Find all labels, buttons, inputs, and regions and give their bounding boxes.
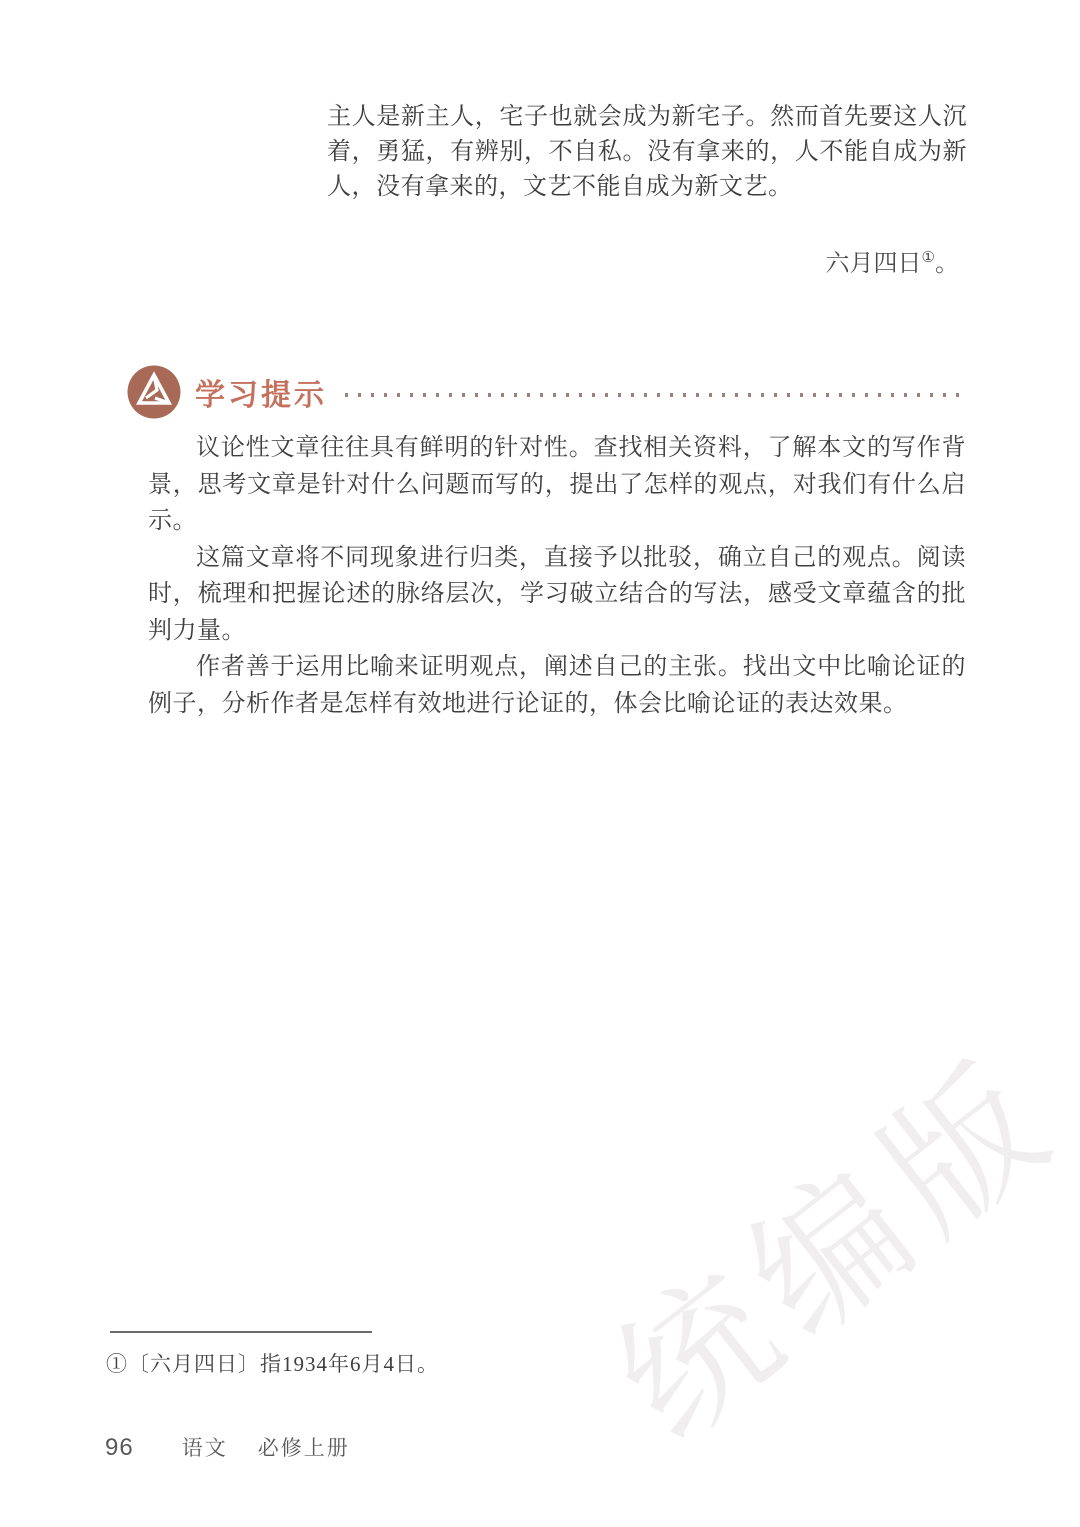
page-footer: 96 语文 必修上册 [105, 1432, 350, 1462]
footer-subject: 语文 [182, 1432, 228, 1462]
footnote-ref-superscript: ① [922, 250, 935, 266]
dotted-divider [345, 393, 968, 397]
dateline-date: 六月四日 [826, 251, 922, 277]
study-tips-body: 议论性文章往往具有鲜明的针对性。查找相关资料，了解本文的写作背景，思考文章是针对… [148, 430, 966, 722]
dateline-period: 。 [935, 251, 959, 277]
study-tips-header: 学习提示 [127, 362, 968, 422]
footer-volume: 必修上册 [258, 1432, 350, 1462]
page-number: 96 [105, 1434, 134, 1462]
study-tips-paragraph: 这篇文章将不同现象进行归类，直接予以批驳，确立自己的观点。阅读时，梳理和把握论述… [148, 540, 966, 650]
edition-watermark: 统编版 [559, 993, 1080, 1483]
study-tips-paragraph: 作者善于运用比喻来证明观点，阐述自己的主张。找出文中比喻论证的例子，分析作者是怎… [148, 649, 966, 722]
triangle-pinwheel-logo-icon [127, 365, 181, 419]
lesson-text-excerpt: 主人是新主人，宅子也就会成为新宅子。然而首先要这人沉着，勇猛，有辨别，不自私。没… [327, 100, 967, 205]
textbook-page: 主人是新主人，宅子也就会成为新宅子。然而首先要这人沉着，勇猛，有辨别，不自私。没… [0, 0, 1080, 1527]
study-tips-title: 学习提示 [195, 370, 327, 414]
footnote-divider [110, 1331, 372, 1333]
footnote: ①〔六月四日〕指1934年6月4日。 [106, 1348, 439, 1378]
study-tips-paragraph: 议论性文章往往具有鲜明的针对性。查找相关资料，了解本文的写作背景，思考文章是针对… [148, 430, 966, 540]
dateline: 六月四日①。 [327, 243, 959, 278]
